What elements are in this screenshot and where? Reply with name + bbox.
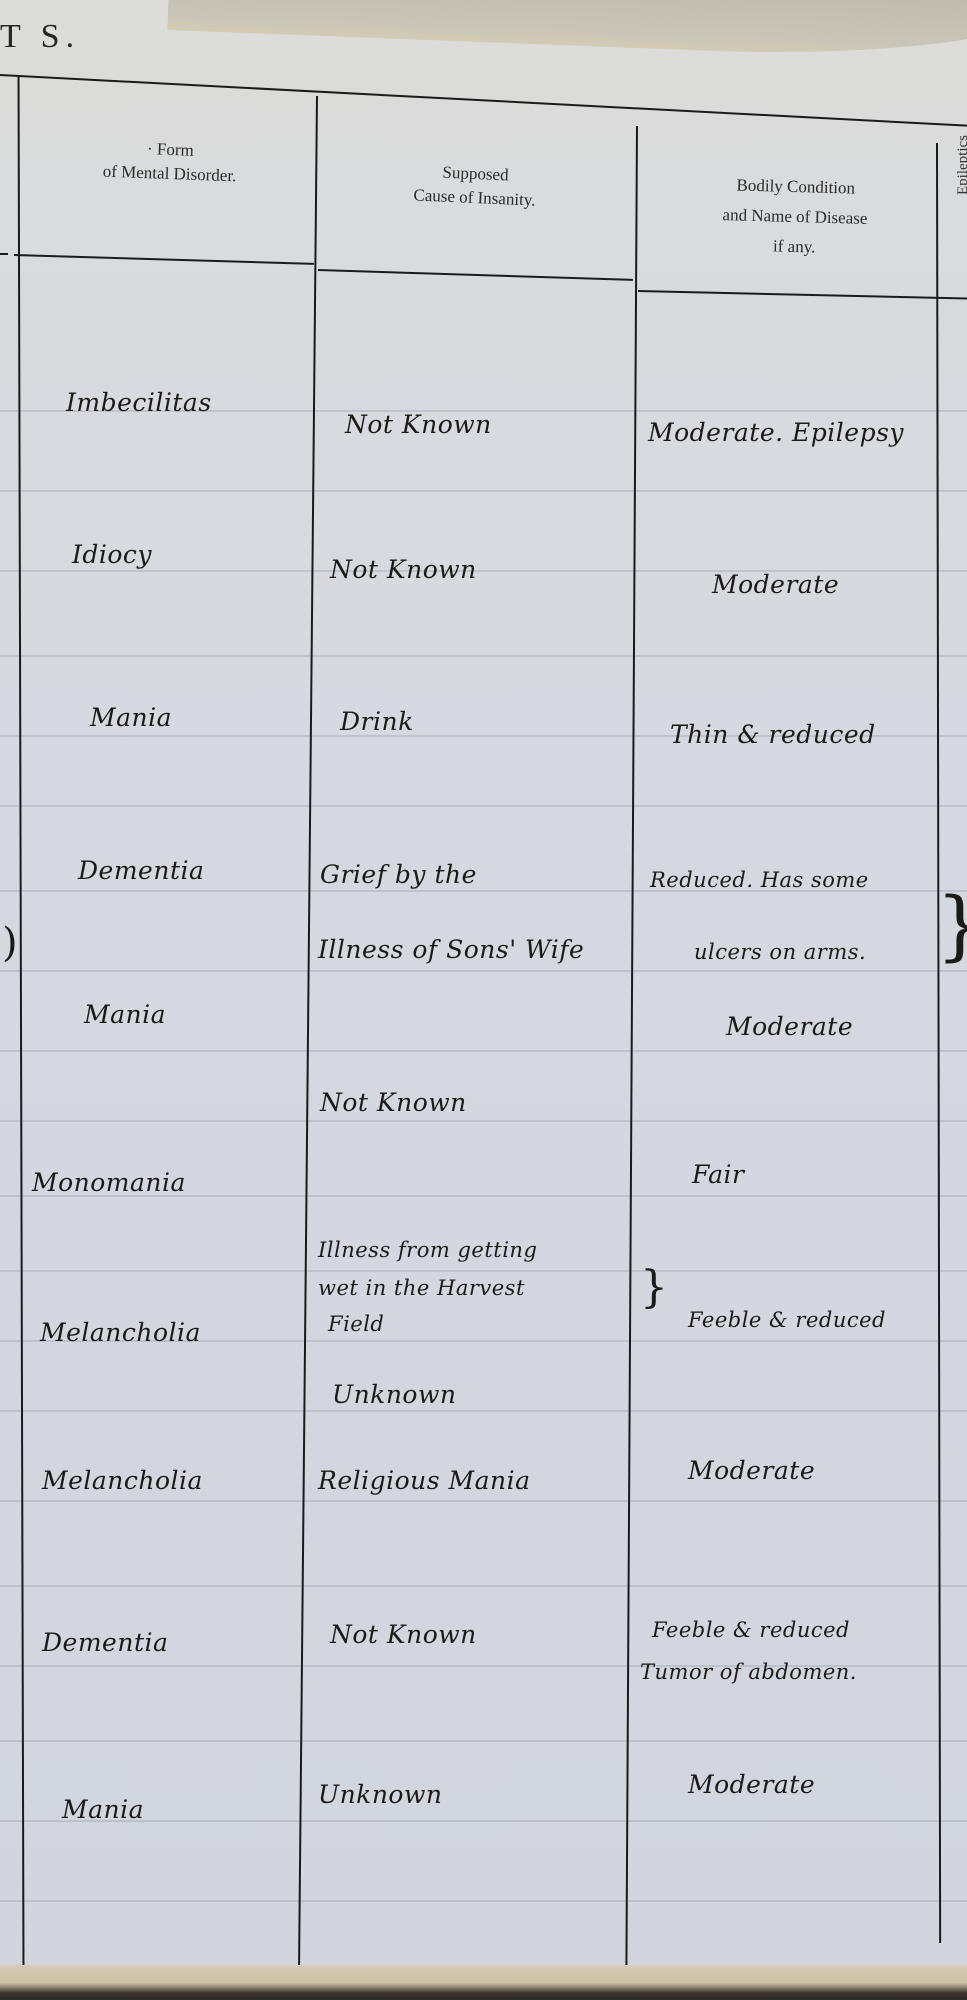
ruled-line (0, 1820, 967, 1822)
cell-bodily: Moderate. Epilepsy (648, 418, 904, 447)
ruled-line (0, 1900, 967, 1902)
cell-bodily: Moderate (688, 1770, 815, 1799)
ruled-line (0, 970, 967, 972)
cell-bodily-line: Feeble & reduced (652, 1618, 850, 1642)
cell-cause: Not Known (320, 1088, 467, 1117)
cell-bodily: Moderate (688, 1456, 815, 1485)
ruled-line (0, 1410, 967, 1412)
column-divider (936, 143, 941, 1943)
cell-form: Melancholia (40, 1318, 201, 1347)
column-header-bodily: Bodily Condition and Name of Disease if … (659, 168, 931, 265)
ruled-line (0, 1740, 967, 1742)
cell-cause: Not Known (330, 555, 477, 584)
cell-form: Mania (90, 703, 172, 732)
cell-cause: Religious Mania (318, 1466, 531, 1495)
cell-cause: Not Known (345, 410, 492, 439)
cell-form: Dementia (42, 1628, 168, 1657)
ruled-line (0, 1500, 967, 1502)
cell-cause: Drink (340, 707, 414, 736)
cell-cause: Not Known (330, 1620, 477, 1649)
ruled-line (0, 655, 967, 657)
cell-form: Idiocy (72, 540, 152, 569)
page-fold-shadow (167, 0, 967, 64)
cell-cause: Unknown (332, 1380, 456, 1409)
ruled-line (0, 1050, 967, 1052)
brace-mark: } (640, 1262, 668, 1313)
cell-form: Mania (62, 1795, 144, 1824)
column-header-cause: Supposed Cause of Insanity. (339, 156, 611, 216)
cell-form: Melancholia (42, 1466, 203, 1495)
cell-cause-line: Illness of Sons' Wife (318, 935, 584, 964)
cell-bodily: Fair (692, 1160, 745, 1189)
cell-bodily-line: ulcers on arms. (694, 940, 866, 964)
column-header-epileptics: Epileptics (955, 135, 967, 195)
column-divider (18, 76, 25, 1966)
cell-bodily: Moderate (712, 570, 839, 599)
header-bottom-rule (0, 253, 8, 255)
margin-mark: ) (2, 920, 18, 966)
cell-bodily-line: Reduced. Has some (650, 868, 869, 892)
header-top-rule (0, 74, 967, 127)
ruled-line (0, 1120, 967, 1122)
header-bottom-rule (638, 290, 967, 299)
header-line: if any. (659, 228, 930, 265)
cell-cause-line: wet in the Harvest (318, 1276, 525, 1300)
cell-form: Monomania (32, 1168, 186, 1197)
header-bottom-rule (14, 254, 314, 265)
ledger-page: T S. · Form of Mental Disorder. Supposed… (0, 0, 967, 2000)
cell-cause: Unknown (318, 1780, 442, 1809)
page-title-fragment: T S. (0, 18, 80, 56)
brace-mark: } (936, 880, 967, 969)
cell-cause-line: Field (328, 1312, 384, 1336)
cell-form: Mania (84, 1000, 166, 1029)
column-header-form: · Form of Mental Disorder. (39, 133, 301, 190)
cell-bodily: Feeble & reduced (688, 1308, 886, 1332)
cell-bodily-line: Tumor of abdomen. (640, 1660, 857, 1684)
ruled-line (0, 805, 967, 807)
ruled-line (0, 1270, 967, 1272)
ruled-line (0, 1585, 967, 1587)
cell-form: Dementia (78, 856, 204, 885)
ruled-line (0, 490, 967, 492)
cell-form: Imbecilitas (66, 388, 212, 417)
page-bottom-edge (0, 1965, 967, 2000)
cell-bodily: Thin & reduced (670, 720, 876, 749)
header-bottom-rule (318, 269, 633, 281)
cell-bodily: Moderate (726, 1012, 853, 1041)
column-divider (625, 126, 638, 1966)
cell-cause-line: Illness from getting (318, 1238, 537, 1262)
cell-cause-line: Grief by the (320, 860, 477, 889)
column-divider (298, 96, 318, 1976)
